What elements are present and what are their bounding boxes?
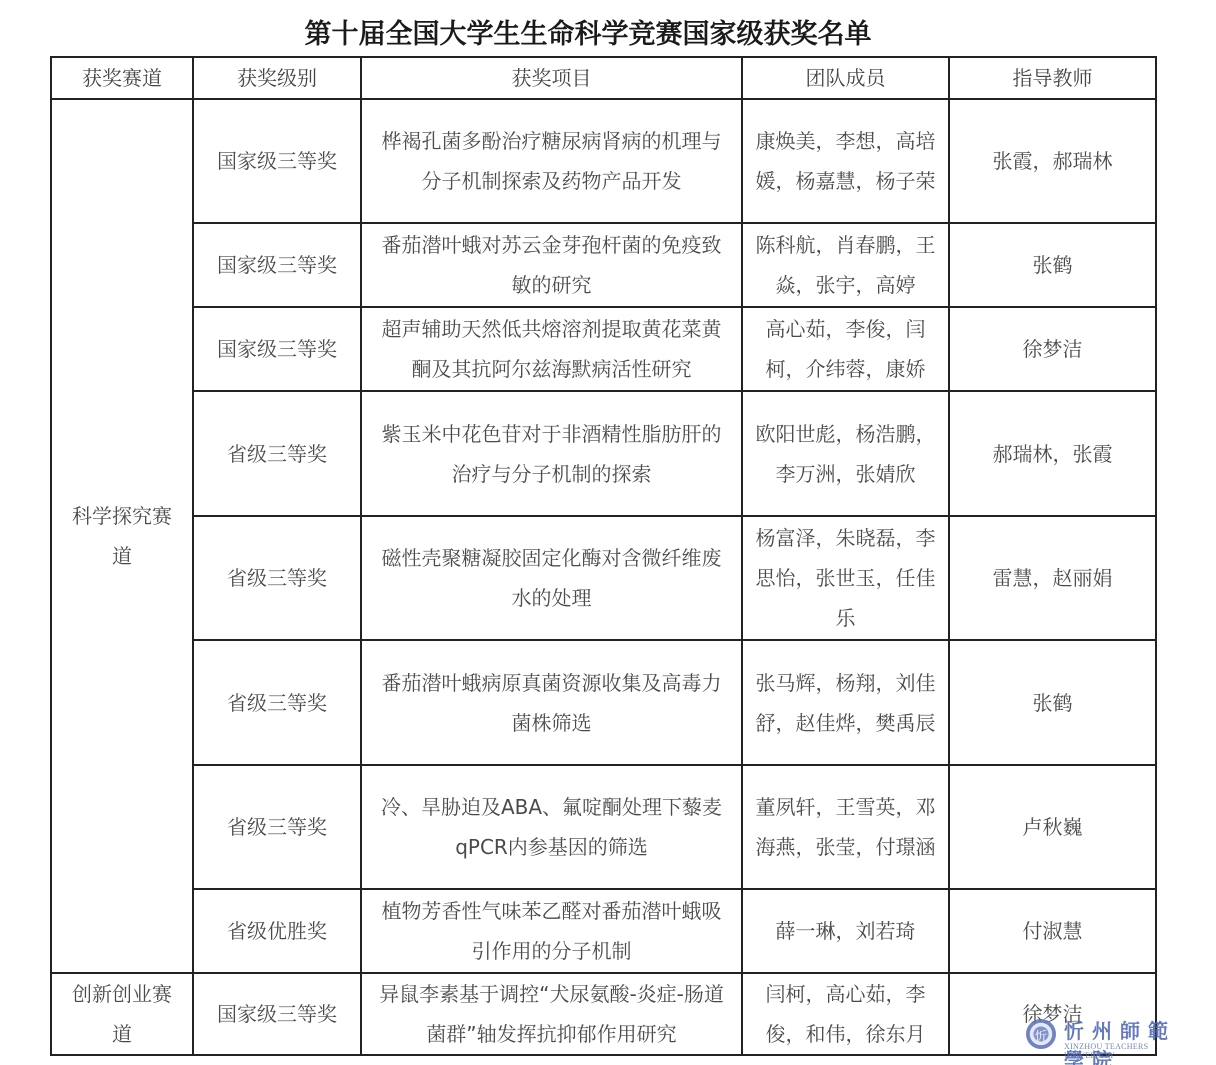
members-cell: 闫柯，高心茹，李俊，和伟，徐东月: [742, 973, 949, 1055]
project-cell: 桦褐孔菌多酚治疗糖尿病肾病的机理与分子机制探索及药物产品开发: [361, 99, 742, 223]
members-cell: 张马辉，杨翔，刘佳舒，赵佳烨，樊禹辰: [742, 640, 949, 765]
header-advisor: 指导教师: [949, 57, 1156, 99]
level-cell: 国家级三等奖: [193, 99, 361, 223]
advisor-cell: 付淑慧: [949, 889, 1156, 973]
header-project: 获奖项目: [361, 57, 742, 99]
table-row: 科学探究赛道 国家级三等奖 桦褐孔菌多酚治疗糖尿病肾病的机理与分子机制探索及药物…: [51, 99, 1156, 223]
table-row: 省级三等奖 冷、旱胁迫及ABA、氟啶酮处理下藜麦qPCR内参基因的筛选 董夙轩，…: [51, 765, 1156, 889]
members-cell: 薛一琳，刘若琦: [742, 889, 949, 973]
project-cell: 植物芳香性气味苯乙醛对番茄潜叶蛾吸引作用的分子机制: [361, 889, 742, 973]
university-name-en: XINZHOU TEACHERS UNIVERSITY: [1064, 1042, 1201, 1060]
level-cell: 国家级三等奖: [193, 223, 361, 307]
page-title: 第十届全国大学生生命科学竞赛国家级获奖名单: [0, 12, 1176, 51]
advisor-cell: 张鹤: [949, 223, 1156, 307]
header-members: 团队成员: [742, 57, 949, 99]
level-cell: 国家级三等奖: [193, 973, 361, 1055]
table-header-row: 获奖赛道 获奖级别 获奖项目 团队成员 指导教师: [51, 57, 1156, 99]
advisor-cell: 卢秋巍: [949, 765, 1156, 889]
advisor-cell: 雷慧，赵丽娟: [949, 516, 1156, 640]
table-row: 省级三等奖 番茄潜叶蛾病原真菌资源收集及高毒力菌株筛选 张马辉，杨翔，刘佳舒，赵…: [51, 640, 1156, 765]
advisor-cell: 张霞，郝瑞林: [949, 99, 1156, 223]
project-cell: 紫玉米中花色苷对于非酒精性脂肪肝的治疗与分子机制的探索: [361, 391, 742, 516]
project-cell: 磁性壳聚糖凝胶固定化酶对含微纤维废水的处理: [361, 516, 742, 640]
track-cell: 创新创业赛道: [51, 973, 193, 1055]
project-cell: 异鼠李素基于调控“犬尿氨酸-炎症-肠道菌群”轴发挥抗抑郁作用研究: [361, 973, 742, 1055]
members-cell: 欧阳世彪，杨浩鹏，李万洲，张婧欣: [742, 391, 949, 516]
members-cell: 董夙轩，王雪英，邓海燕，张莹，付璟涵: [742, 765, 949, 889]
members-cell: 高心茹，李俊，闫柯，介纬蓉，康娇: [742, 307, 949, 391]
table-row: 省级三等奖 紫玉米中花色苷对于非酒精性脂肪肝的治疗与分子机制的探索 欧阳世彪，杨…: [51, 391, 1156, 516]
advisor-cell: 郝瑞林，张霞: [949, 391, 1156, 516]
table-row: 国家级三等奖 超声辅助天然低共熔溶剂提取黄花菜黄酮及其抗阿尔兹海默病活性研究 高…: [51, 307, 1156, 391]
level-cell: 省级优胜奖: [193, 889, 361, 973]
members-cell: 陈科航，肖春鹏，王焱，张宇，高婷: [742, 223, 949, 307]
table-row: 省级三等奖 磁性壳聚糖凝胶固定化酶对含微纤维废水的处理 杨富泽，朱晓磊，李思怡，…: [51, 516, 1156, 640]
header-track: 获奖赛道: [51, 57, 193, 99]
level-cell: 省级三等奖: [193, 516, 361, 640]
project-cell: 冷、旱胁迫及ABA、氟啶酮处理下藜麦qPCR内参基因的筛选: [361, 765, 742, 889]
level-cell: 国家级三等奖: [193, 307, 361, 391]
university-watermark-logo: 忻 忻州師範學院 XINZHOU TEACHERS UNIVERSITY: [1026, 1015, 1201, 1057]
project-cell: 番茄潜叶蛾病原真菌资源收集及高毒力菌株筛选: [361, 640, 742, 765]
table-row: 创新创业赛道 国家级三等奖 异鼠李素基于调控“犬尿氨酸-炎症-肠道菌群”轴发挥抗…: [51, 973, 1156, 1055]
header-level: 获奖级别: [193, 57, 361, 99]
level-cell: 省级三等奖: [193, 765, 361, 889]
members-cell: 杨富泽，朱晓磊，李思怡，张世玉，任佳乐: [742, 516, 949, 640]
project-cell: 超声辅助天然低共熔溶剂提取黄花菜黄酮及其抗阿尔兹海默病活性研究: [361, 307, 742, 391]
advisor-cell: 张鹤: [949, 640, 1156, 765]
members-cell: 康焕美，李想，高培媛，杨嘉慧，杨子荣: [742, 99, 949, 223]
university-seal-icon: 忻: [1026, 1019, 1056, 1049]
advisor-cell: 徐梦洁: [949, 307, 1156, 391]
level-cell: 省级三等奖: [193, 391, 361, 516]
track-cell: 科学探究赛道: [51, 99, 193, 973]
level-cell: 省级三等奖: [193, 640, 361, 765]
awards-table: 获奖赛道 获奖级别 获奖项目 团队成员 指导教师 科学探究赛道 国家级三等奖 桦…: [50, 56, 1157, 1056]
table-row: 国家级三等奖 番茄潜叶蛾对苏云金芽孢杆菌的免疫致敏的研究 陈科航，肖春鹏，王焱，…: [51, 223, 1156, 307]
project-cell: 番茄潜叶蛾对苏云金芽孢杆菌的免疫致敏的研究: [361, 223, 742, 307]
table-row: 省级优胜奖 植物芳香性气味苯乙醛对番茄潜叶蛾吸引作用的分子机制 薛一琳，刘若琦 …: [51, 889, 1156, 973]
